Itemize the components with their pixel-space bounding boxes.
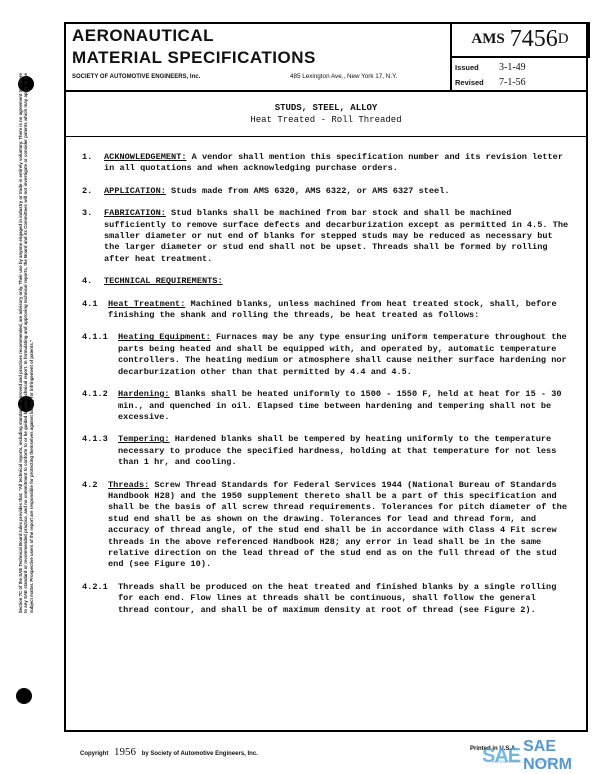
spec-section: 4.1Heat Treatment: Machined blanks, unle… — [82, 299, 570, 322]
document-title: STUDS, STEEL, ALLOY Heat Treated - Roll … — [66, 102, 586, 126]
document-title-line1: STUDS, STEEL, ALLOY — [66, 102, 586, 114]
society-name: SOCIETY OF AUTOMOTIVE ENGINEERS, Inc. — [72, 74, 200, 80]
section-text: Heating Equipment: Furnaces may be any t… — [118, 332, 570, 378]
spec-section: 4.1.3Tempering: Hardened blanks shall be… — [82, 434, 570, 468]
section-number: 1. — [82, 152, 104, 175]
section-number: 2. — [82, 186, 104, 197]
section-body: Screw Thread Standards for Federal Servi… — [108, 480, 567, 570]
section-text: Hardening: Blanks shall be heated unifor… — [118, 389, 570, 423]
spec-section: 1.ACKNOWLEDGEMENT: A vendor shall mentio… — [82, 152, 570, 175]
issued-label: Issued — [455, 63, 499, 72]
section-heading: APPLICATION: — [104, 186, 166, 196]
section-heading: Hardening: — [118, 389, 170, 399]
section-heading: Heating Equipment: — [118, 332, 211, 342]
section-text: Heat Treatment: Machined blanks, unless … — [108, 299, 570, 322]
section-number: 4.1 — [82, 299, 108, 322]
watermark-text: SAE NORM — [523, 738, 600, 774]
sae-disclaimer-sidenote: Section 7C of the SAE Technical Board ru… — [18, 73, 34, 613]
section-number: 4.1.3 — [82, 434, 118, 468]
title-divider — [66, 136, 586, 137]
copyright-holder: by Society of Automotive Engineers, Inc. — [142, 751, 258, 757]
society-address: 485 Lexington Ave., New York 17, N.Y. — [290, 73, 397, 80]
spec-id-block: AMS 7456 D Issued 3-1-49 Revised 7-1-56 — [450, 22, 590, 90]
section-heading: TECHNICAL REQUIREMENTS: — [104, 276, 223, 286]
section-body: Stud blanks shall be machined from bar s… — [104, 208, 568, 264]
section-body: Blanks shall be heated uniformly to 1500… — [118, 389, 562, 422]
section-number: 4.2.1 — [82, 582, 118, 616]
header-title-line1: AERONAUTICAL — [72, 26, 214, 46]
section-body: Studs made from AMS 6320, AMS 6322, or A… — [166, 186, 450, 196]
copyright-label: Copyright — [80, 751, 108, 757]
spec-section: 3.FABRICATION: Stud blanks shall be mach… — [82, 208, 570, 265]
issued-row: Issued 3-1-49 — [455, 60, 526, 75]
section-heading: ACKNOWLEDGEMENT: — [104, 152, 187, 162]
section-number: 4.2 — [82, 480, 108, 571]
section-number: 4.1.2 — [82, 389, 118, 423]
section-heading: FABRICATION: — [104, 208, 166, 218]
section-text: Threads: Screw Thread Standards for Fede… — [108, 480, 570, 571]
spec-number-value: 7456 — [510, 26, 558, 53]
copyright-year: 1956 — [114, 746, 136, 758]
sae-logo-icon: SAE — [482, 745, 520, 768]
spec-section: 4.1.1Heating Equipment: Furnaces may be … — [82, 332, 570, 378]
section-text: APPLICATION: Studs made from AMS 6320, A… — [104, 186, 570, 197]
section-text: Tempering: Hardened blanks shall be temp… — [118, 434, 570, 468]
issued-date: 3-1-49 — [499, 62, 526, 73]
section-heading: Tempering: — [118, 434, 170, 444]
section-text: TECHNICAL REQUIREMENTS: — [104, 276, 570, 287]
spec-section: 4.TECHNICAL REQUIREMENTS: — [82, 276, 570, 287]
watermark-subtext: INTERNATIONAL ——— STANDARDS — [492, 760, 553, 764]
header: AERONAUTICAL MATERIAL SPECIFICATIONS SOC… — [66, 24, 586, 92]
revised-row: Revised 7-1-56 — [455, 75, 526, 90]
section-body: Threads shall be produced on the heat tr… — [118, 582, 556, 615]
section-number: 4. — [82, 276, 104, 287]
spec-section: 4.1.2Hardening: Blanks shall be heated u… — [82, 389, 570, 423]
spec-section: 4.2.1Threads shall be produced on the he… — [82, 582, 570, 616]
spec-prefix: AMS — [471, 31, 504, 48]
header-title-line2: MATERIAL SPECIFICATIONS — [72, 48, 316, 68]
section-body: Hardened blanks shall be tempered by hea… — [118, 434, 556, 467]
spec-section: 4.2Threads: Screw Thread Standards for F… — [82, 480, 570, 571]
specification-body: 1.ACKNOWLEDGEMENT: A vendor shall mentio… — [82, 152, 570, 627]
section-heading: Threads: — [108, 480, 149, 490]
section-text: ACKNOWLEDGEMENT: A vendor shall mention … — [104, 152, 570, 175]
spec-revision: D — [558, 31, 569, 48]
section-text: FABRICATION: Stud blanks shall be machin… — [104, 208, 570, 265]
revised-label: Revised — [455, 78, 499, 87]
spec-dates: Issued 3-1-49 Revised 7-1-56 — [455, 60, 526, 90]
section-heading: Heat Treatment: — [108, 299, 185, 309]
section-number: 4.1.1 — [82, 332, 118, 378]
punch-hole — [16, 688, 32, 704]
copyright-notice: Copyright 1956 by Society of Automotive … — [80, 746, 258, 758]
document-frame: AERONAUTICAL MATERIAL SPECIFICATIONS SOC… — [64, 22, 588, 732]
header-title-block: AERONAUTICAL MATERIAL SPECIFICATIONS SOC… — [72, 24, 452, 90]
revised-date: 7-1-56 — [499, 77, 526, 88]
sae-norm-watermark: SAE SAE NORM — [482, 738, 600, 774]
document-title-line2: Heat Treated - Roll Threaded — [66, 114, 586, 126]
section-text: Threads shall be produced on the heat tr… — [118, 582, 570, 616]
spec-section: 2.APPLICATION: Studs made from AMS 6320,… — [82, 186, 570, 197]
spec-number: AMS 7456 D — [452, 22, 590, 58]
section-number: 3. — [82, 208, 104, 265]
